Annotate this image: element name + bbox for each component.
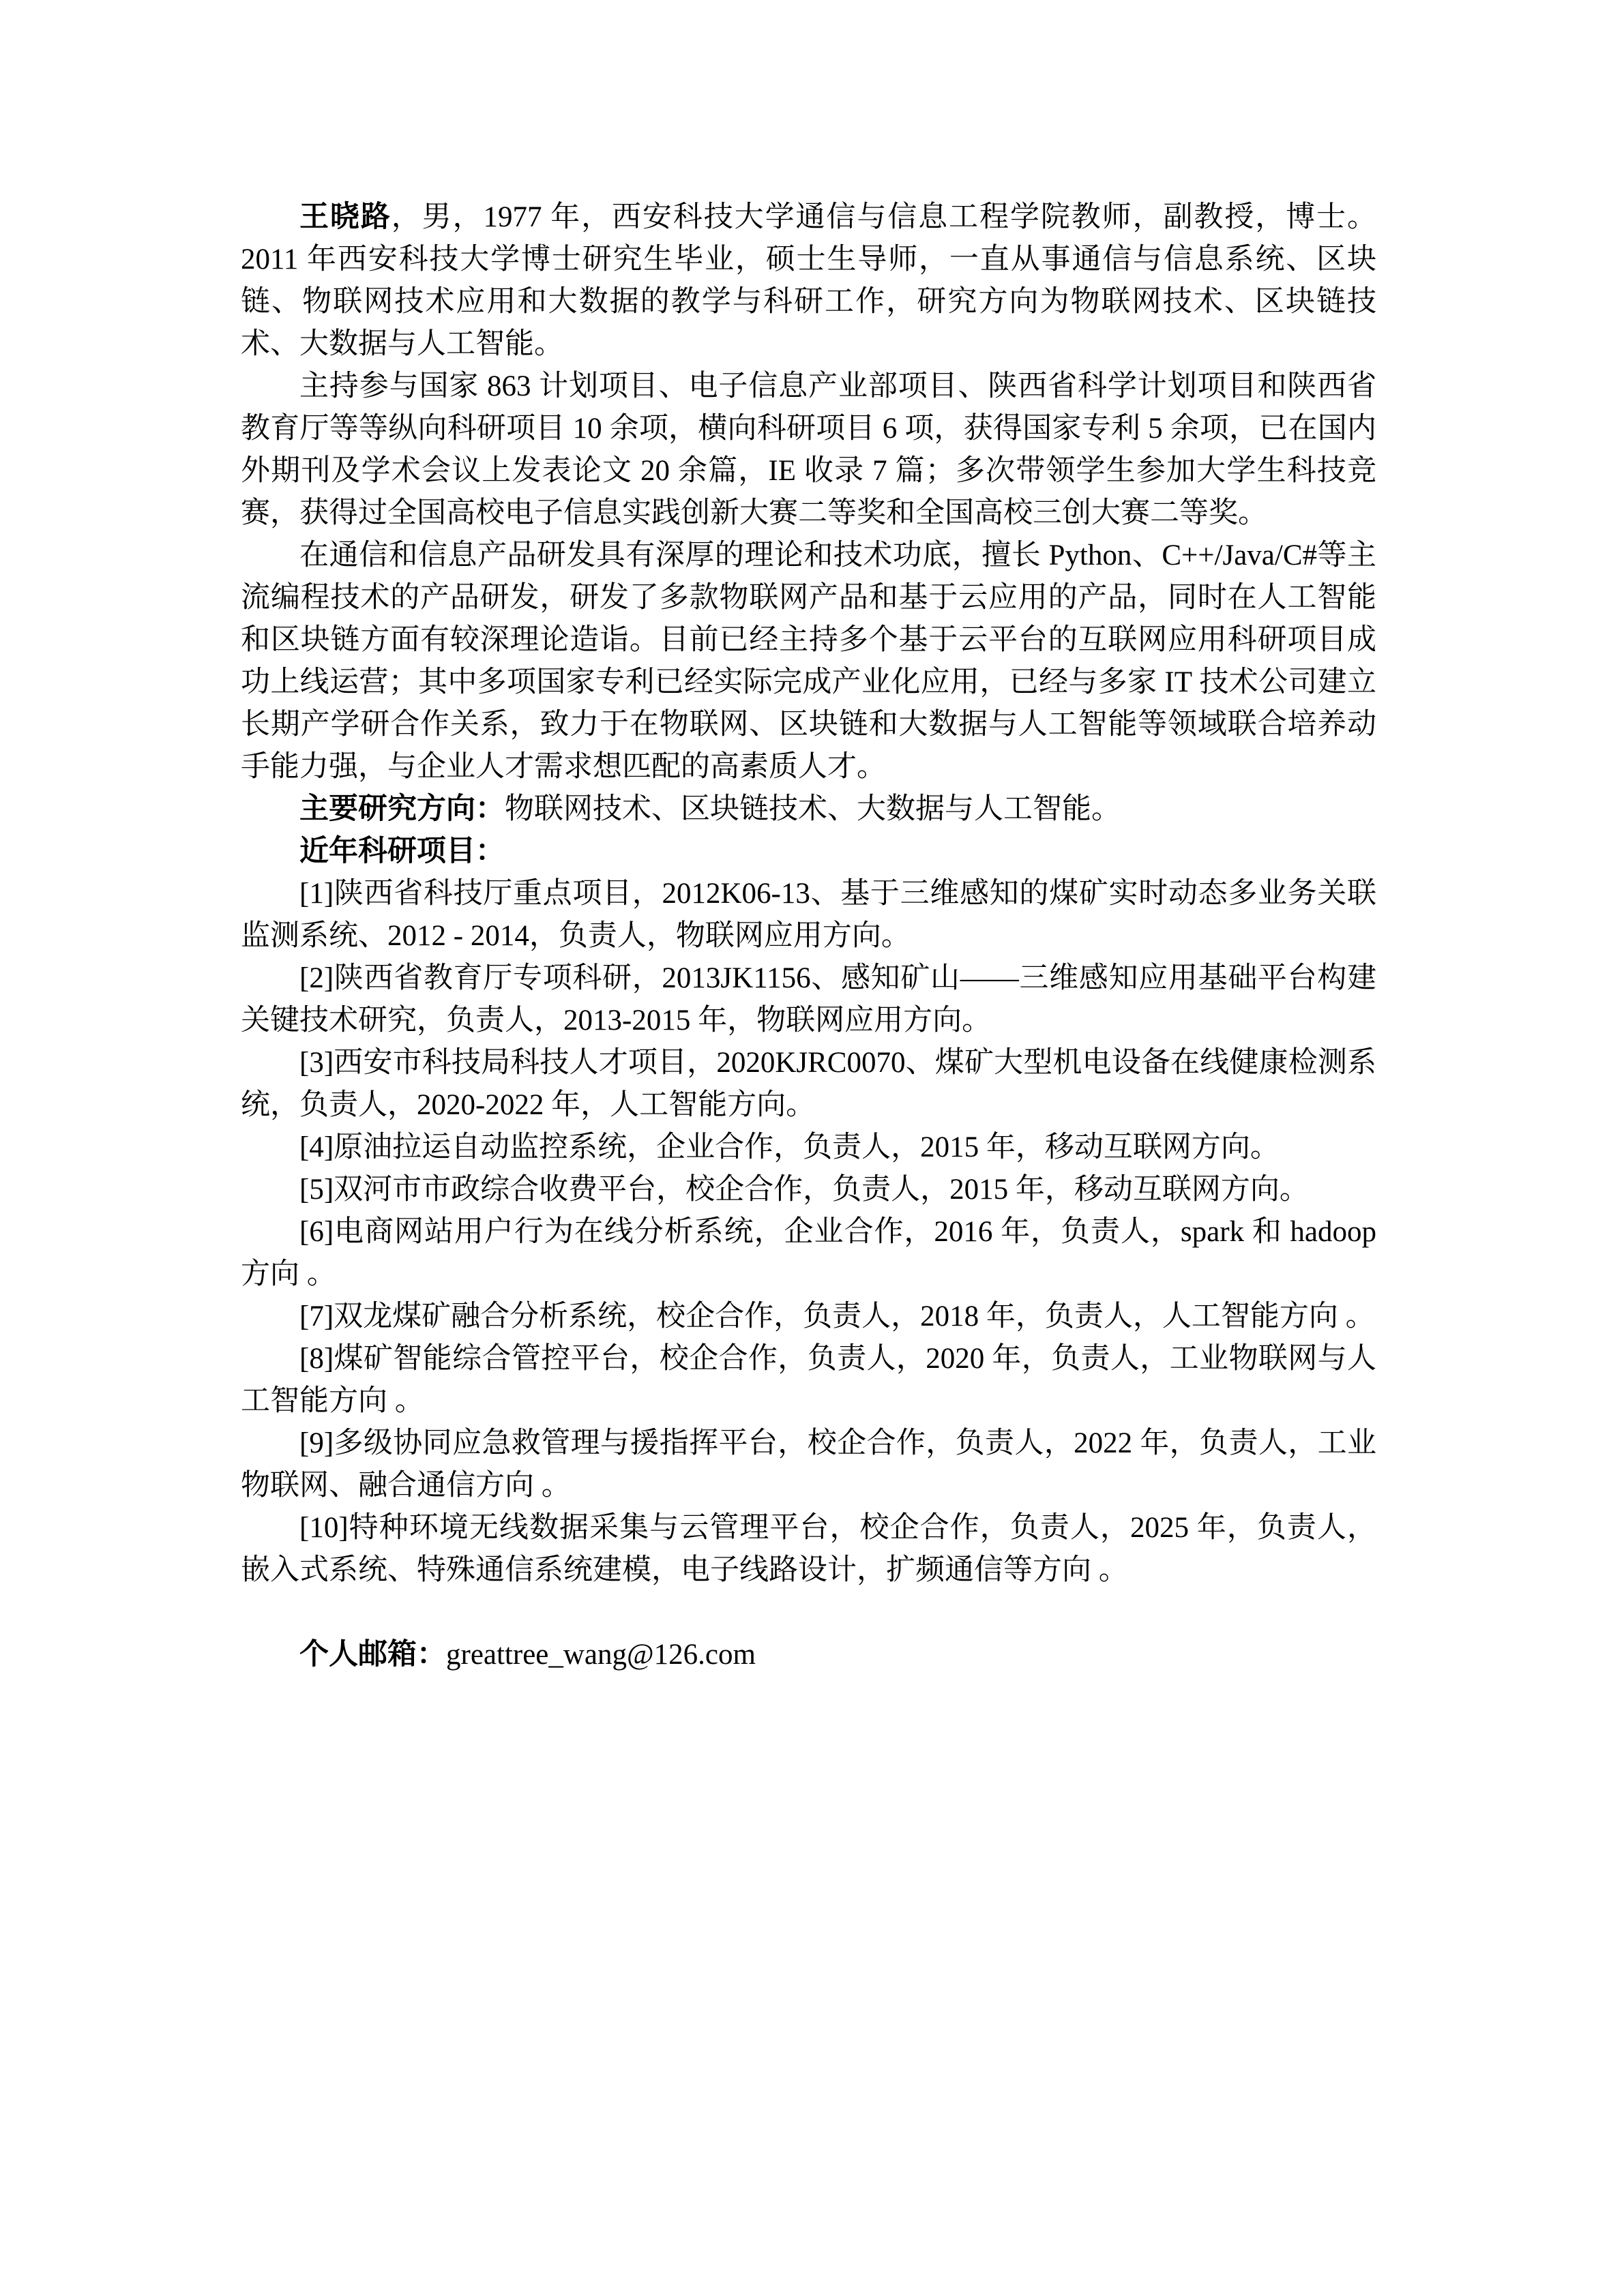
project-item-9: [9]多级协同应急救管理与援指挥平台，校企合作，负责人，2022 年，负责人，工… bbox=[241, 1422, 1376, 1507]
project-item-1: [1]陕西省科技厅重点项目，2012K06-13、基于三维感知的煤矿实时动态多业… bbox=[241, 873, 1376, 957]
bio-paragraph-3-text: 在通信和信息产品研发具有深厚的理论和技术功底，擅长 Python、C++/Jav… bbox=[241, 539, 1376, 783]
research-directions-label: 主要研究方向： bbox=[299, 793, 505, 825]
project-item-2: [2]陕西省教育厅专项科研，2013JK1156、感知矿山——三维感知应用基础平… bbox=[241, 957, 1376, 1042]
project-item-8: [8]煤矿智能综合管控平台，校企合作，负责人，2020 年，负责人，工业物联网与… bbox=[241, 1338, 1376, 1422]
project-item-7: [7]双龙煤矿融合分析系统，校企合作，负责人，2018 年，负责人，人工智能方向… bbox=[241, 1296, 1376, 1338]
projects-heading: 近年科研项目： bbox=[241, 831, 1376, 873]
person-name: 王晓路 bbox=[299, 201, 392, 233]
email-line: 个人邮箱：greattree_wang@126.com bbox=[241, 1634, 1376, 1676]
bio-paragraph-1: 王晓路，男，1977 年，西安科技大学通信与信息工程学院教师，副教授，博士。20… bbox=[241, 196, 1376, 366]
research-directions-text: 物联网技术、区块链技术、大数据与人工智能。 bbox=[505, 793, 1121, 825]
project-item-10: [10]特种环境无线数据采集与云管理平台，校企合作，负责人，2025 年，负责人… bbox=[241, 1507, 1376, 1592]
project-item-3: [3]西安市科技局科技人才项目，2020KJRC0070、煤矿大型机电设备在线健… bbox=[241, 1042, 1376, 1127]
email-value: greattree_wang@126.com bbox=[446, 1639, 756, 1671]
project-item-5: [5]双河市市政综合收费平台，校企合作，负责人，2015 年，移动互联网方向。 bbox=[241, 1169, 1376, 1211]
bio-paragraph-3: 在通信和信息产品研发具有深厚的理论和技术功底，擅长 Python、C++/Jav… bbox=[241, 535, 1376, 788]
projects-heading-label: 近年科研项目： bbox=[299, 835, 505, 867]
bio-paragraph-2-text: 主持参与国家 863 计划项目、电子信息产业部项目、陕西省科学计划项目和陕西省教… bbox=[241, 370, 1376, 529]
document-page: 王晓路，男，1977 年，西安科技大学通信与信息工程学院教师，副教授，博士。20… bbox=[0, 0, 1624, 2296]
bio-paragraph-2: 主持参与国家 863 计划项目、电子信息产业部项目、陕西省科学计划项目和陕西省教… bbox=[241, 366, 1376, 535]
email-label: 个人邮箱： bbox=[299, 1639, 446, 1671]
project-item-6: [6]电商网站用户行为在线分析系统，企业合作，2016 年，负责人，spark … bbox=[241, 1211, 1376, 1296]
bio-paragraph-1-text: ，男，1977 年，西安科技大学通信与信息工程学院教师，副教授，博士。2011 … bbox=[241, 201, 1376, 360]
project-item-4: [4]原油拉运自动监控系统，企业合作，负责人，2015 年，移动互联网方向。 bbox=[241, 1127, 1376, 1169]
research-directions-line: 主要研究方向：物联网技术、区块链技术、大数据与人工智能。 bbox=[241, 788, 1376, 831]
